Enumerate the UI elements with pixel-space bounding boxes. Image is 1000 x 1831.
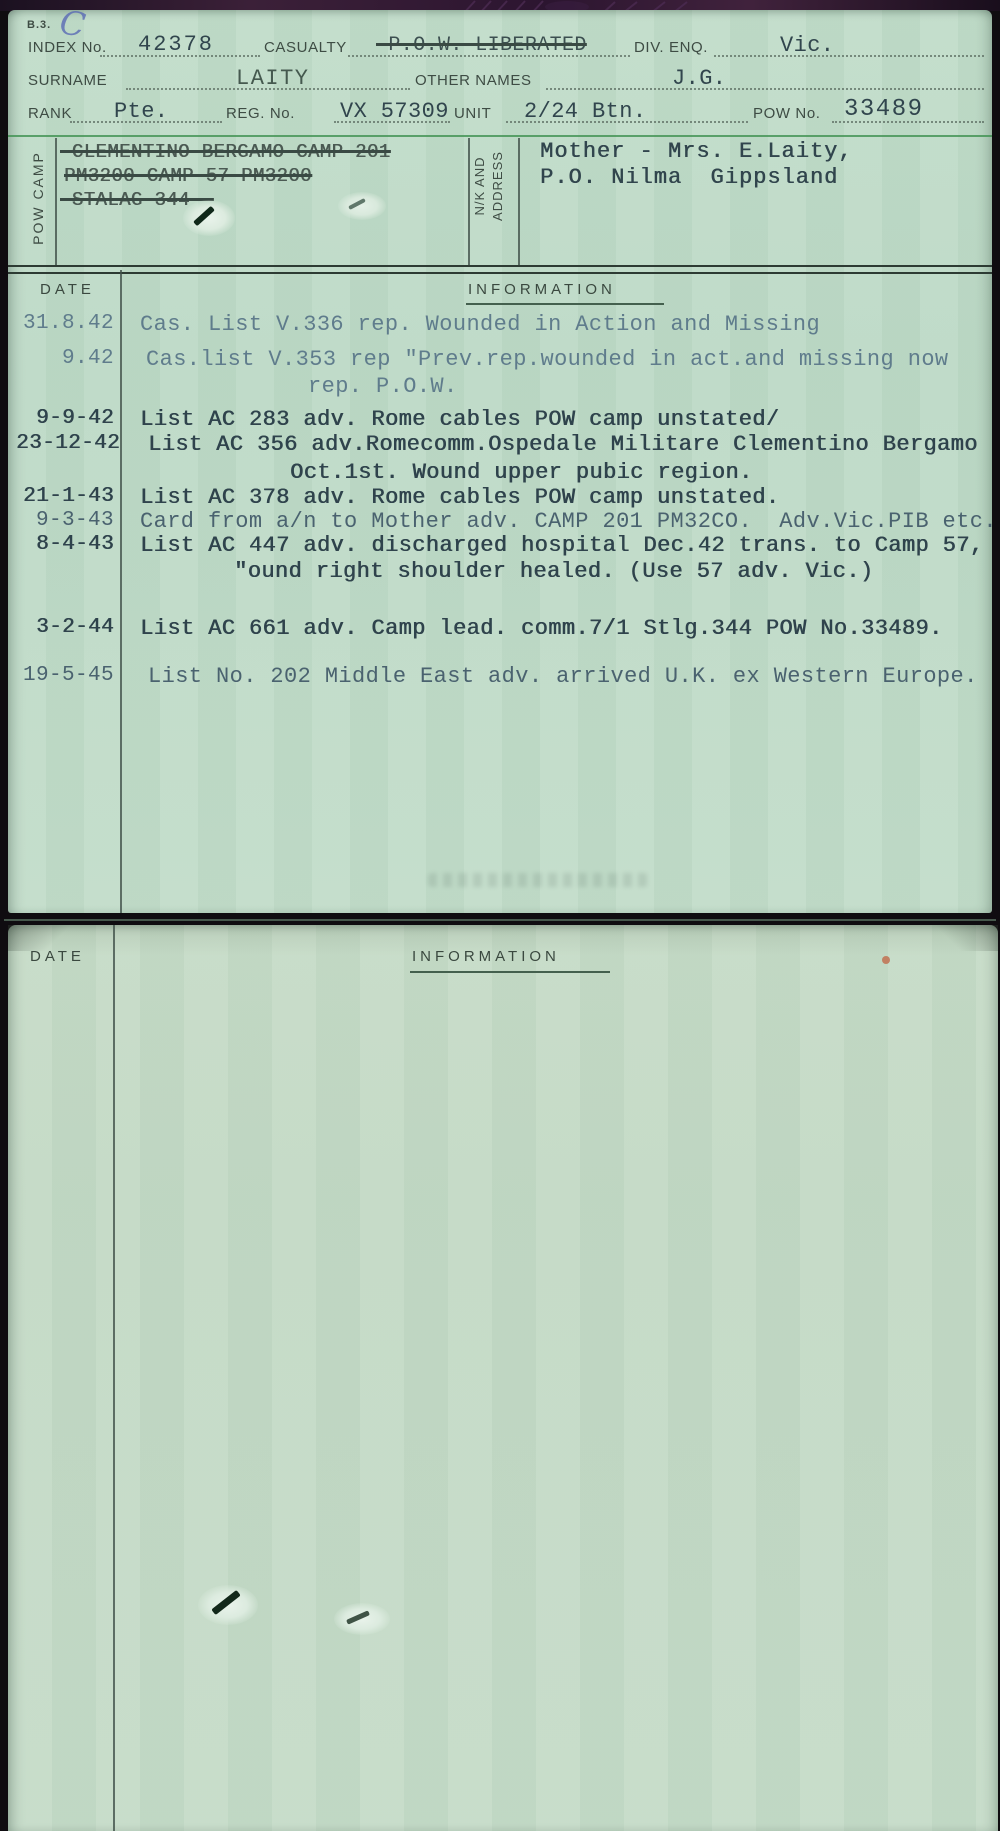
surname-label: SURNAME: [28, 72, 107, 89]
paper-tear: [334, 1603, 390, 1635]
entry-date: 21-1-43: [16, 485, 114, 508]
nk-address-label-line: N/K AND: [471, 131, 489, 241]
entry-date: 8-4-43: [16, 533, 114, 556]
entry-date: 9-9-42: [16, 407, 114, 430]
continuation-card: DATE INFORMATION: [8, 925, 998, 1831]
nk-address-line: Mother - Mrs. E.Laity,: [540, 139, 852, 164]
information-header: INFORMATION: [468, 281, 616, 298]
entry-text: List AC 378 adv. Rome cables POW camp un…: [140, 485, 779, 510]
dotted-rule: [506, 121, 748, 123]
date-header: DATE: [40, 281, 95, 298]
entry-text: Oct.1st. Wound upper pubic region.: [290, 460, 752, 485]
casualty-label: CASUALTY: [264, 39, 347, 56]
paper-tear: [183, 200, 235, 236]
entry-text: List AC 356 adv.Romecomm.Ospedale Milita…: [148, 432, 978, 457]
dotted-rule: [100, 55, 260, 57]
pow-no-value: 33489: [844, 96, 924, 123]
nk-divider-left: [468, 138, 470, 265]
entry-text: List AC 661 adv. Camp lead. comm.7/1 Stl…: [140, 616, 943, 641]
index-no-value: 42378: [138, 32, 214, 57]
pow-camp-line: PM3200 CAMP 57 PM3200: [64, 165, 312, 187]
date-header: DATE: [30, 948, 85, 965]
pow-record-card: B.3. C INDEX No. 42378 CASUALTY -P.O.W.-…: [8, 10, 992, 913]
div-enq-label: DIV. ENQ.: [634, 39, 708, 56]
pow-camp-divider: [55, 138, 57, 265]
bleed-through-smudge: [428, 873, 648, 887]
entry-date: 19-5-45: [16, 664, 114, 687]
rank-label: RANK: [28, 105, 72, 122]
unit-label: UNIT: [454, 105, 491, 122]
dotted-rule: [832, 121, 984, 123]
entry-text: Card from a/n to Mother adv. CAMP 201 PM…: [140, 509, 997, 534]
entry-text: List No. 202 Middle East adv. arrived U.…: [148, 664, 978, 689]
entry-text: List AC 447 adv. discharged hospital Dec…: [140, 533, 983, 558]
entry-date: 3-2-44: [16, 616, 114, 639]
red-speck: [882, 956, 890, 964]
dotted-rule: [126, 88, 410, 90]
information-header: INFORMATION: [412, 948, 560, 965]
dotted-rule: [546, 88, 984, 90]
nk-address-label: N/K AND ADDRESS: [471, 131, 509, 241]
casualty-value: -P.O.W.-LIBERATED: [376, 34, 587, 57]
entry-date: 23-12-42: [16, 432, 114, 455]
entry-text: Cas.list V.353 rep "Prev.rep.wounded in …: [146, 347, 949, 372]
dotted-rule: [334, 121, 450, 123]
form-code: B.3.: [27, 19, 51, 31]
information-underline: [466, 303, 664, 305]
paper-tear: [338, 192, 386, 220]
double-rule: [8, 265, 992, 274]
nk-divider-right: [518, 138, 520, 265]
dotted-rule: [714, 55, 984, 57]
entry-date: 9-3-43: [16, 509, 114, 532]
entry-text: Cas. List V.336 rep. Wounded in Action a…: [140, 312, 820, 337]
reg-no-label: REG. No.: [226, 105, 295, 122]
pow-no-label: POW No.: [753, 105, 821, 122]
pow-camp-line: -CLEMENTINO-BERGAMO CAMP 201: [60, 141, 390, 163]
entry-text: "ound right shoulder healed. (Use 57 adv…: [234, 559, 873, 584]
nk-address-label-line: ADDRESS: [489, 131, 507, 241]
entry-text: rep. P.O.W.: [308, 374, 458, 399]
dotted-rule: [70, 121, 222, 123]
index-no-label: INDEX No.: [28, 39, 107, 56]
dotted-rule: [348, 55, 630, 57]
date-column-divider: [113, 925, 115, 1831]
entry-text: List AC 283 adv. Rome cables POW camp un…: [140, 407, 779, 432]
nk-address-line: P.O. Nilma Gippsland: [540, 165, 838, 190]
information-underline: [410, 971, 610, 973]
entry-date: 9.42: [16, 347, 114, 370]
pow-camp-label: POW CAMP: [30, 133, 46, 263]
date-column-divider: [120, 270, 122, 913]
entry-date: 31.8.42: [16, 312, 114, 335]
other-names-label: OTHER NAMES: [415, 72, 532, 89]
card-gap-highlight: [4, 919, 996, 921]
